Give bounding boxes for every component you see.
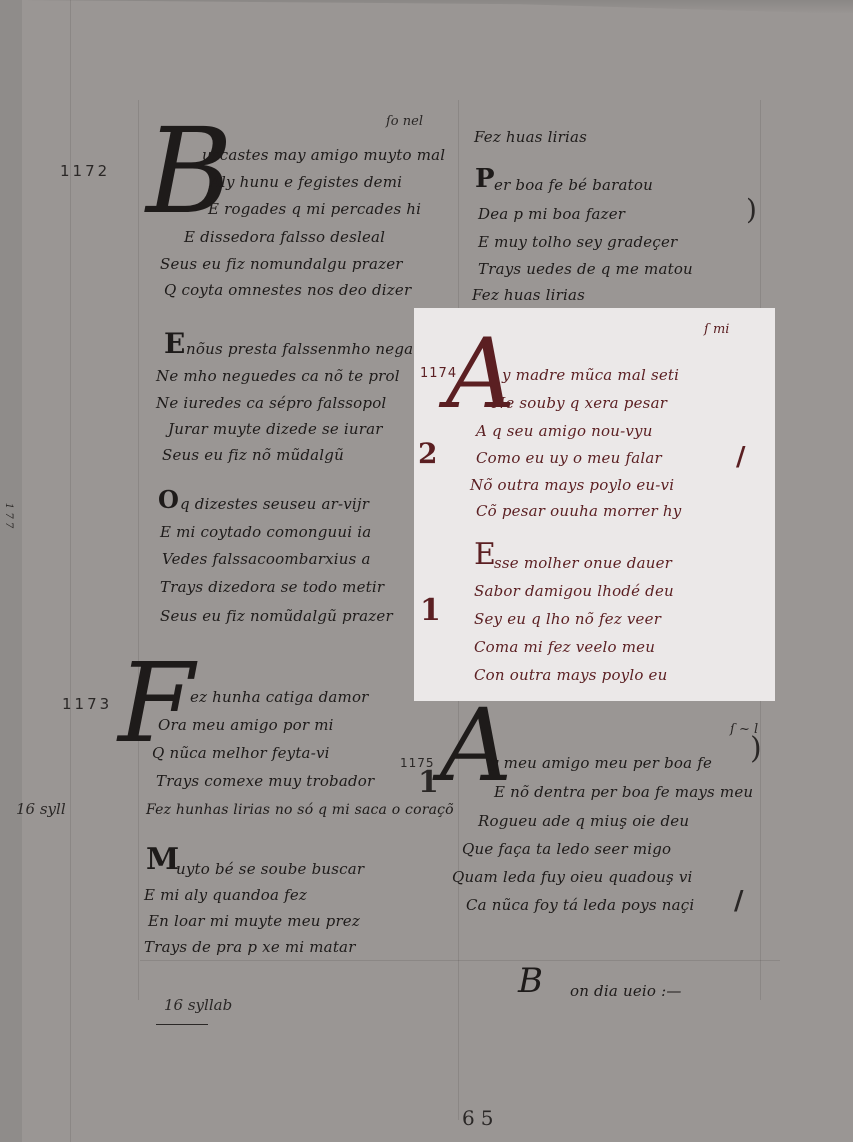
- red-numeral-2: 2: [418, 440, 437, 468]
- verse-line: ez hunha catiga damor: [190, 688, 369, 706]
- verse-line: Ne souby q xera pesar: [492, 394, 667, 412]
- verse-line: Ora meu amigo por mi: [158, 716, 334, 734]
- verse-line: Jurar muyte dizede se iurar: [168, 420, 383, 438]
- verse-line: Fez hunhas lirias no só q mi saca o cora…: [146, 802, 454, 818]
- verse-line: E nõ dentra per boa fe mays meu: [494, 783, 753, 801]
- stanza-initial-m: M: [146, 845, 179, 875]
- verse-line: E dissedora falsso desleal: [184, 228, 385, 246]
- text-rule-left: [138, 100, 139, 1000]
- refrain-line: Fez huas lirias: [472, 286, 585, 304]
- poem-number-1173: 1173: [62, 695, 112, 713]
- verse-line: Seus eu fiz nomũdalgũ prazer: [160, 607, 393, 625]
- verse-line: Seus eu fiz nõ mũdalgũ: [162, 446, 344, 464]
- folio-number: 65: [462, 1106, 499, 1130]
- verse-line: Que faça ta ledo seer migo: [462, 840, 671, 858]
- bracket-mark: ): [750, 734, 762, 764]
- stanza-initial-o: O: [158, 488, 179, 512]
- decorated-initial-a: A: [440, 696, 512, 796]
- verse-line: nõus presta falssenmho negar: [186, 340, 421, 358]
- verse-line: y meu amigo meu per boa fe: [490, 754, 712, 772]
- check-mark: /: [734, 888, 744, 914]
- verse-line: Coma mi fez veelo meu: [474, 638, 655, 656]
- syllable-count-note: 16 syllab: [164, 996, 232, 1014]
- highlighted-region-poem-1174: 1174 ſ mi A y madre mũca mal seti Ne sou…: [414, 308, 775, 701]
- verse-line: Trays uedes de q me matou: [478, 260, 693, 278]
- syllable-note: 16 syll: [16, 800, 66, 818]
- refrain-line: Fez huas lirias: [474, 128, 587, 146]
- verse-line: Trays comexe muy trobador: [156, 772, 374, 790]
- stanza-initial-e: E: [474, 540, 496, 570]
- verse-line: Sabor damigou lhodé deu: [474, 582, 674, 600]
- verse-line: Trays dizedora se todo metir: [160, 578, 384, 596]
- stanza-initial-e: E: [164, 330, 185, 358]
- verse-line: Nõ outra mays poylo eu-vi: [470, 476, 674, 494]
- verse-line: uyto bé se soube buscar: [176, 860, 364, 878]
- verse-line: Como eu uy o meu falar: [476, 449, 662, 467]
- verse-line: Seus eu fiz nomundalgu prazer: [160, 255, 403, 273]
- verse-line: Ne mho neguedes ca nõ te prol: [156, 367, 400, 385]
- verse-line: Con outra mays poylo eu: [474, 666, 667, 684]
- verse-line: Rogueu ade q miuş oie deu: [478, 812, 689, 830]
- verse-line: E rogades q mi percades hi: [208, 200, 421, 218]
- verse-line: Quam leda fuy oieu quadouş vi: [452, 868, 693, 886]
- bottom-rule: [140, 960, 780, 961]
- bracket-mark: ): [746, 196, 757, 224]
- verse-line: En loar mi muyte meu prez: [148, 912, 360, 930]
- verse-line: Cõ pesar ouuha morrer hy: [476, 502, 681, 520]
- verse-line: A q seu amigo nou-vyu: [476, 422, 653, 440]
- verse-line: q dizestes seuseu ar-vijr: [180, 495, 369, 513]
- dark-numeral-1: 1: [418, 768, 439, 798]
- verse-line: Q coyta omnestes nos deo dizer: [164, 281, 411, 299]
- stanza-initial-p: P: [475, 166, 495, 192]
- verse-line: Vedes falssacoombarxius a: [162, 550, 371, 568]
- verse-line: sse molher onue dauer: [494, 554, 672, 572]
- verse-line: Dea p mi boa fazer: [478, 205, 625, 223]
- verse-line: Ne iuredes ca sépro falssopol: [156, 394, 386, 412]
- vertical-margin-note: 1 7 7: [3, 503, 14, 528]
- red-check-mark: /: [736, 444, 746, 470]
- verse-line: Q nũca melhor feyta-vi: [152, 744, 330, 762]
- verse-line: Aly hunu e fegistes demi: [210, 173, 402, 191]
- top-note-left: ſo nel: [386, 114, 423, 129]
- verse-line: Sey eu q lho nõ fez veer: [474, 610, 661, 628]
- verse-line: y madre mũca mal seti: [502, 366, 679, 384]
- verse-line: uscastes may amigo muyto mal: [202, 146, 445, 164]
- red-numeral-1: 1: [420, 596, 441, 626]
- explicit-initial-b: B: [518, 964, 543, 998]
- note-underline: [156, 1024, 208, 1025]
- verse-line: er boa fe bé baratou: [494, 176, 653, 194]
- verse-line: Trays de pra p xe mi matar: [144, 938, 356, 956]
- verse-line: E muy tolho sey gradeçer: [478, 233, 677, 251]
- verse-line: E mi coytado comonguui ia: [160, 523, 371, 541]
- top-note-right: ſ mi: [704, 322, 729, 337]
- verse-line: Ca nũca foy tá leda poys naçi: [466, 896, 694, 914]
- verse-line: E mi aly quandoa fez: [144, 886, 307, 904]
- decorated-initial-f: F: [118, 648, 194, 758]
- explicit-text: on dia ueio :—: [570, 982, 682, 1000]
- poem-number-1172: 1172: [60, 162, 110, 180]
